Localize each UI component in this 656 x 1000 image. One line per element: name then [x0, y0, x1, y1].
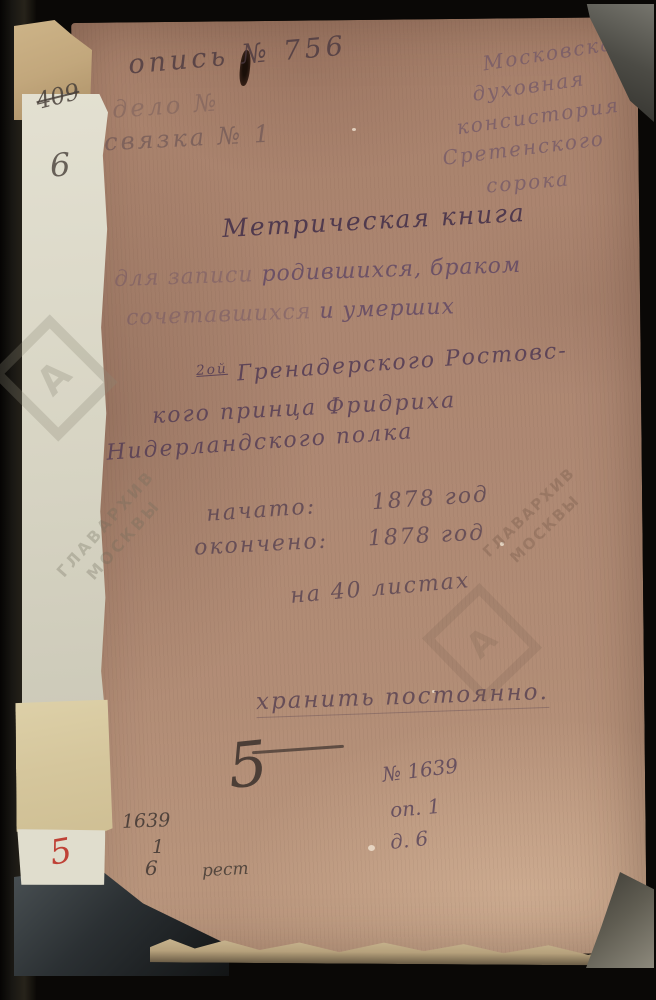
stack-number-fond: 1639 [122, 809, 171, 833]
restoration-note: рест [202, 859, 250, 881]
pasted-white-paper-strip [22, 94, 108, 708]
stack-number-opis: 1 [152, 836, 164, 858]
paper-speck [500, 542, 504, 546]
paper-speck [368, 845, 375, 851]
regiment-ordinal: 2ой [196, 361, 229, 379]
opis-number: оп. 1 [389, 794, 441, 822]
paper-speck [352, 128, 356, 131]
archival-book-cover-photo: опись № 756 дело № связка № 1 Московская… [0, 0, 656, 1000]
stack-number-delo: 6 [145, 856, 158, 880]
title-line-2-faded: для записи [114, 262, 254, 292]
pasted-tan-label [15, 700, 112, 835]
big-pencil-five: 5 [224, 726, 271, 803]
label-number-6: 6 [49, 145, 72, 184]
title-line-3-rest: и умерших [319, 294, 455, 324]
delo-number: д. 6 [389, 826, 429, 854]
